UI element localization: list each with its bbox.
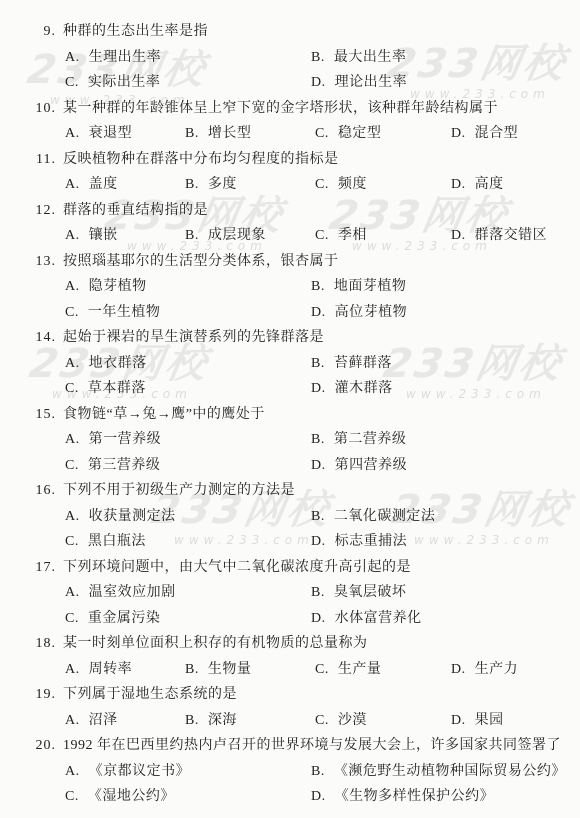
question-item: 19. 下列属于湿地生态系统的是 A.沼泽B.深海C.沙漠D.果园 xyxy=(0,682,580,733)
option-item: A.地衣群落 xyxy=(65,351,311,377)
option-label: D. xyxy=(311,789,326,804)
option-item: C.稳定型 xyxy=(315,121,451,147)
option-text: 镶嵌 xyxy=(89,228,118,243)
option-text: 实际出生率 xyxy=(88,75,161,90)
option-text: 生产量 xyxy=(338,662,382,677)
option-text: 生产力 xyxy=(475,662,519,677)
option-text: 第四营养级 xyxy=(335,458,408,473)
question-number: 15. xyxy=(0,402,56,428)
question-number: 16. xyxy=(0,478,56,504)
option-rows: A.周转率B.生物量C.生产量D.生产力 xyxy=(0,657,580,683)
option-label: C. xyxy=(65,381,79,396)
option-text: 果园 xyxy=(475,713,504,728)
question-list: 9. 种群的生态出生率是指 A.生理出生率B.最大出生率C.实际出生率D.理论出… xyxy=(0,0,580,810)
option-text: 《濒危野生动植物种国际贸易公约》 xyxy=(334,764,566,779)
option-item: C.《湿地公约》 xyxy=(65,784,311,810)
question-item: 9. 种群的生态出生率是指 A.生理出生率B.最大出生率C.实际出生率D.理论出… xyxy=(0,19,580,96)
question-text: 按照瑙基耶尔的生活型分类体系，银杏属于 xyxy=(56,249,339,275)
question-item: 13. 按照瑙基耶尔的生活型分类体系，银杏属于 A.隐芽植物B.地面芽植物C.一… xyxy=(0,249,580,326)
option-item: D.高位芽植物 xyxy=(311,300,572,326)
option-item: B.《濒危野生动植物种国际贸易公约》 xyxy=(311,759,572,785)
option-label: B. xyxy=(311,509,325,524)
question-item: 14. 起始于裸岩的旱生演替系列的先锋群落是 A.地衣群落B.苔藓群落C.草本群… xyxy=(0,325,580,402)
option-label: C. xyxy=(315,713,329,728)
option-label: B. xyxy=(185,713,199,728)
option-item: A.沼泽 xyxy=(65,708,185,734)
option-item: D.标志重捕法 xyxy=(311,529,572,555)
option-item: A.镶嵌 xyxy=(65,223,185,249)
option-item: A.温室效应加剧 xyxy=(65,580,311,606)
option-item: A.周转率 xyxy=(65,657,185,683)
option-item: B.增长型 xyxy=(185,121,315,147)
option-text: 隐芽植物 xyxy=(89,279,147,294)
option-rows: A.沼泽B.深海C.沙漠D.果园 xyxy=(0,708,580,734)
option-label: A. xyxy=(65,585,80,600)
option-text: 第一营养级 xyxy=(89,432,162,447)
option-text: 标志重捕法 xyxy=(335,534,408,549)
option-item: D.理论出生率 xyxy=(311,70,572,96)
option-text: 季相 xyxy=(338,228,367,243)
option-label: A. xyxy=(65,356,80,371)
option-label: C. xyxy=(65,611,79,626)
option-text: 增长型 xyxy=(208,126,252,141)
question-head: 16. 下列不用于初级生产力测定的方法是 xyxy=(0,478,580,504)
option-label: B. xyxy=(185,177,199,192)
option-label: B. xyxy=(311,279,325,294)
option-text: 一年生植物 xyxy=(88,305,161,320)
option-label: B. xyxy=(311,764,325,779)
option-text: 衰退型 xyxy=(89,126,133,141)
option-text: 灌木群落 xyxy=(335,381,393,396)
option-label: D. xyxy=(311,381,326,396)
option-rows: A.生理出生率B.最大出生率C.实际出生率D.理论出生率 xyxy=(0,45,580,96)
option-item: B.臭氧层破坏 xyxy=(311,580,572,606)
option-label: D. xyxy=(311,305,326,320)
option-text: 群落交错区 xyxy=(475,228,548,243)
option-label: C. xyxy=(65,458,79,473)
option-item: B.成层现象 xyxy=(185,223,315,249)
question-number: 17. xyxy=(0,555,56,581)
option-text: 第二营养级 xyxy=(334,432,407,447)
question-head: 11. 反映植物种在群落中分布均匀程度的指标是 xyxy=(0,147,580,173)
question-item: 16. 下列不用于初级生产力测定的方法是 A.收获量测定法B.二氧化碳测定法C.… xyxy=(0,478,580,555)
option-text: 盖度 xyxy=(89,177,118,192)
option-item: C.第三营养级 xyxy=(65,453,311,479)
option-item: C.重金属污染 xyxy=(65,606,311,632)
option-text: 二氧化碳测定法 xyxy=(334,509,436,524)
question-number: 10. xyxy=(0,96,56,122)
option-label: D. xyxy=(451,126,466,141)
option-text: 周转率 xyxy=(89,662,133,677)
option-item: A.收获量测定法 xyxy=(65,504,311,530)
option-label: B. xyxy=(185,228,199,243)
option-item: C.黑白瓶法 xyxy=(65,529,311,555)
option-rows: A.温室效应加剧B.臭氧层破坏C.重金属污染D.水体富营养化 xyxy=(0,580,580,631)
option-text: 最大出生率 xyxy=(334,50,407,65)
option-text: 《生物多样性保护公约》 xyxy=(335,789,495,804)
option-rows: A.盖度B.多度C.频度D.高度 xyxy=(0,172,580,198)
question-number: 11. xyxy=(0,147,56,173)
option-text: 高位芽植物 xyxy=(335,305,408,320)
question-head: 10. 某一种群的年龄锥体呈上窄下宽的金字塔形状，该种群年龄结构属于 xyxy=(0,96,580,122)
question-number: 9. xyxy=(0,19,56,45)
option-label: A. xyxy=(65,713,80,728)
option-item: B.地面芽植物 xyxy=(311,274,572,300)
option-label: A. xyxy=(65,228,80,243)
option-text: 地面芽植物 xyxy=(334,279,407,294)
option-label: C. xyxy=(65,75,79,90)
option-text: 收获量测定法 xyxy=(89,509,176,524)
option-item: C.实际出生率 xyxy=(65,70,311,96)
option-label: A. xyxy=(65,509,80,524)
option-label: C. xyxy=(65,305,79,320)
option-label: D. xyxy=(451,713,466,728)
option-label: B. xyxy=(185,126,199,141)
question-text: 下列属于湿地生态系统的是 xyxy=(56,682,237,708)
option-item: D.生产力 xyxy=(451,657,572,683)
option-item: A.生理出生率 xyxy=(65,45,311,71)
question-text: 起始于裸岩的旱生演替系列的先锋群落是 xyxy=(56,325,324,351)
option-label: B. xyxy=(311,50,325,65)
option-text: 地衣群落 xyxy=(89,356,147,371)
option-label: D. xyxy=(311,534,326,549)
option-item: D.《生物多样性保护公约》 xyxy=(311,784,572,810)
option-label: A. xyxy=(65,764,80,779)
option-item: A.盖度 xyxy=(65,172,185,198)
option-item: D.高度 xyxy=(451,172,572,198)
option-item: C.生产量 xyxy=(315,657,451,683)
question-text: 反映植物种在群落中分布均匀程度的指标是 xyxy=(56,147,339,173)
option-item: D.群落交错区 xyxy=(451,223,572,249)
option-label: A. xyxy=(65,126,80,141)
question-item: 18. 某一时刻单位面积上积存的有机物质的总量称为 A.周转率B.生物量C.生产… xyxy=(0,631,580,682)
question-item: 12. 群落的垂直结构指的是 A.镶嵌B.成层现象C.季相D.群落交错区 xyxy=(0,198,580,249)
question-item: 10. 某一种群的年龄锥体呈上窄下宽的金字塔形状，该种群年龄结构属于 A.衰退型… xyxy=(0,96,580,147)
option-text: 生理出生率 xyxy=(89,50,162,65)
option-item: B.多度 xyxy=(185,172,315,198)
question-text: 下列环境问题中，由大气中二氧化碳浓度升高引起的是 xyxy=(56,555,411,581)
option-label: A. xyxy=(65,177,80,192)
option-item: A.衰退型 xyxy=(65,121,185,147)
option-rows: A.《京都议定书》B.《濒危野生动植物种国际贸易公约》C.《湿地公约》D.《生物… xyxy=(0,759,580,810)
option-label: D. xyxy=(451,228,466,243)
question-head: 9. 种群的生态出生率是指 xyxy=(0,19,580,45)
option-label: A. xyxy=(65,279,80,294)
option-label: B. xyxy=(311,356,325,371)
option-item: C.沙漠 xyxy=(315,708,451,734)
question-text: 食物链“草→兔→鹰”中的鹰处于 xyxy=(56,402,265,428)
option-item: D.果园 xyxy=(451,708,572,734)
option-text: 频度 xyxy=(338,177,367,192)
option-label: C. xyxy=(65,789,79,804)
option-text: 稳定型 xyxy=(338,126,382,141)
question-head: 14. 起始于裸岩的旱生演替系列的先锋群落是 xyxy=(0,325,580,351)
question-text: 下列不用于初级生产力测定的方法是 xyxy=(56,478,295,504)
option-item: D.第四营养级 xyxy=(311,453,572,479)
option-item: D.混合型 xyxy=(451,121,572,147)
option-text: 《京都议定书》 xyxy=(89,764,191,779)
option-text: 沼泽 xyxy=(89,713,118,728)
option-text: 高度 xyxy=(475,177,504,192)
option-text: 温室效应加剧 xyxy=(89,585,176,600)
option-rows: A.第一营养级B.第二营养级C.第三营养级D.第四营养级 xyxy=(0,427,580,478)
option-text: 草本群落 xyxy=(88,381,146,396)
option-item: B.生物量 xyxy=(185,657,315,683)
option-item: B.苔藓群落 xyxy=(311,351,572,377)
question-number: 19. xyxy=(0,682,56,708)
option-text: 臭氧层破坏 xyxy=(334,585,407,600)
question-head: 18. 某一时刻单位面积上积存的有机物质的总量称为 xyxy=(0,631,580,657)
exam-page: 233网校 www.233.com 233网校 www.233.com 233网… xyxy=(0,0,580,818)
option-label: D. xyxy=(311,458,326,473)
option-label: D. xyxy=(311,75,326,90)
question-head: 19. 下列属于湿地生态系统的是 xyxy=(0,682,580,708)
option-item: B.最大出生率 xyxy=(311,45,572,71)
question-head: 13. 按照瑙基耶尔的生活型分类体系，银杏属于 xyxy=(0,249,580,275)
option-item: D.水体富营养化 xyxy=(311,606,572,632)
option-label: A. xyxy=(65,662,80,677)
option-label: D. xyxy=(311,611,326,626)
question-head: 20. 1992 年在巴西里约热内卢召开的世界环境与发展大会上，许多国家共同签署… xyxy=(0,733,580,759)
question-head: 17. 下列环境问题中，由大气中二氧化碳浓度升高引起的是 xyxy=(0,555,580,581)
option-text: 混合型 xyxy=(475,126,519,141)
question-head: 15. 食物链“草→兔→鹰”中的鹰处于 xyxy=(0,402,580,428)
question-number: 12. xyxy=(0,198,56,224)
question-item: 11. 反映植物种在群落中分布均匀程度的指标是 A.盖度B.多度C.频度D.高度 xyxy=(0,147,580,198)
option-text: 苔藓群落 xyxy=(334,356,392,371)
question-number: 13. xyxy=(0,249,56,275)
option-item: C.季相 xyxy=(315,223,451,249)
option-item: A.第一营养级 xyxy=(65,427,311,453)
option-label: B. xyxy=(311,432,325,447)
option-text: 生物量 xyxy=(208,662,252,677)
option-text: 沙漠 xyxy=(338,713,367,728)
option-label: B. xyxy=(311,585,325,600)
option-item: B.第二营养级 xyxy=(311,427,572,453)
option-text: 成层现象 xyxy=(208,228,266,243)
option-text: 重金属污染 xyxy=(88,611,161,626)
option-text: 《湿地公约》 xyxy=(88,789,175,804)
question-head: 12. 群落的垂直结构指的是 xyxy=(0,198,580,224)
question-number: 14. xyxy=(0,325,56,351)
option-text: 深海 xyxy=(208,713,237,728)
option-item: C.频度 xyxy=(315,172,451,198)
option-rows: A.衰退型B.增长型C.稳定型D.混合型 xyxy=(0,121,580,147)
option-label: B. xyxy=(185,662,199,677)
option-text: 黑白瓶法 xyxy=(88,534,146,549)
option-label: A. xyxy=(65,50,80,65)
question-text: 某一种群的年龄锥体呈上窄下宽的金字塔形状，该种群年龄结构属于 xyxy=(56,96,498,122)
question-text: 1992 年在巴西里约热内卢召开的世界环境与发展大会上，许多国家共同签署了 xyxy=(56,733,561,759)
question-item: 20. 1992 年在巴西里约热内卢召开的世界环境与发展大会上，许多国家共同签署… xyxy=(0,733,580,810)
option-text: 理论出生率 xyxy=(335,75,408,90)
option-item: A.《京都议定书》 xyxy=(65,759,311,785)
option-rows: A.地衣群落B.苔藓群落C.草本群落D.灌木群落 xyxy=(0,351,580,402)
option-label: C. xyxy=(315,662,329,677)
option-item: A.隐芽植物 xyxy=(65,274,311,300)
option-label: C. xyxy=(315,126,329,141)
option-label: D. xyxy=(451,177,466,192)
option-label: C. xyxy=(65,534,79,549)
question-item: 17. 下列环境问题中，由大气中二氧化碳浓度升高引起的是 A.温室效应加剧B.臭… xyxy=(0,555,580,632)
option-text: 多度 xyxy=(208,177,237,192)
option-label: A. xyxy=(65,432,80,447)
option-rows: A.收获量测定法B.二氧化碳测定法C.黑白瓶法D.标志重捕法 xyxy=(0,504,580,555)
question-number: 20. xyxy=(0,733,56,759)
option-text: 第三营养级 xyxy=(88,458,161,473)
option-label: C. xyxy=(315,228,329,243)
option-item: C.一年生植物 xyxy=(65,300,311,326)
question-item: 15. 食物链“草→兔→鹰”中的鹰处于 A.第一营养级B.第二营养级C.第三营养… xyxy=(0,402,580,479)
option-item: B.二氧化碳测定法 xyxy=(311,504,572,530)
question-text: 群落的垂直结构指的是 xyxy=(56,198,208,224)
question-text: 种群的生态出生率是指 xyxy=(56,19,208,45)
option-rows: A.隐芽植物B.地面芽植物C.一年生植物D.高位芽植物 xyxy=(0,274,580,325)
option-text: 水体富营养化 xyxy=(335,611,422,626)
option-item: D.灌木群落 xyxy=(311,376,572,402)
option-label: C. xyxy=(315,177,329,192)
question-number: 18. xyxy=(0,631,56,657)
option-label: D. xyxy=(451,662,466,677)
option-rows: A.镶嵌B.成层现象C.季相D.群落交错区 xyxy=(0,223,580,249)
option-item: C.草本群落 xyxy=(65,376,311,402)
question-text: 某一时刻单位面积上积存的有机物质的总量称为 xyxy=(56,631,368,657)
option-item: B.深海 xyxy=(185,708,315,734)
